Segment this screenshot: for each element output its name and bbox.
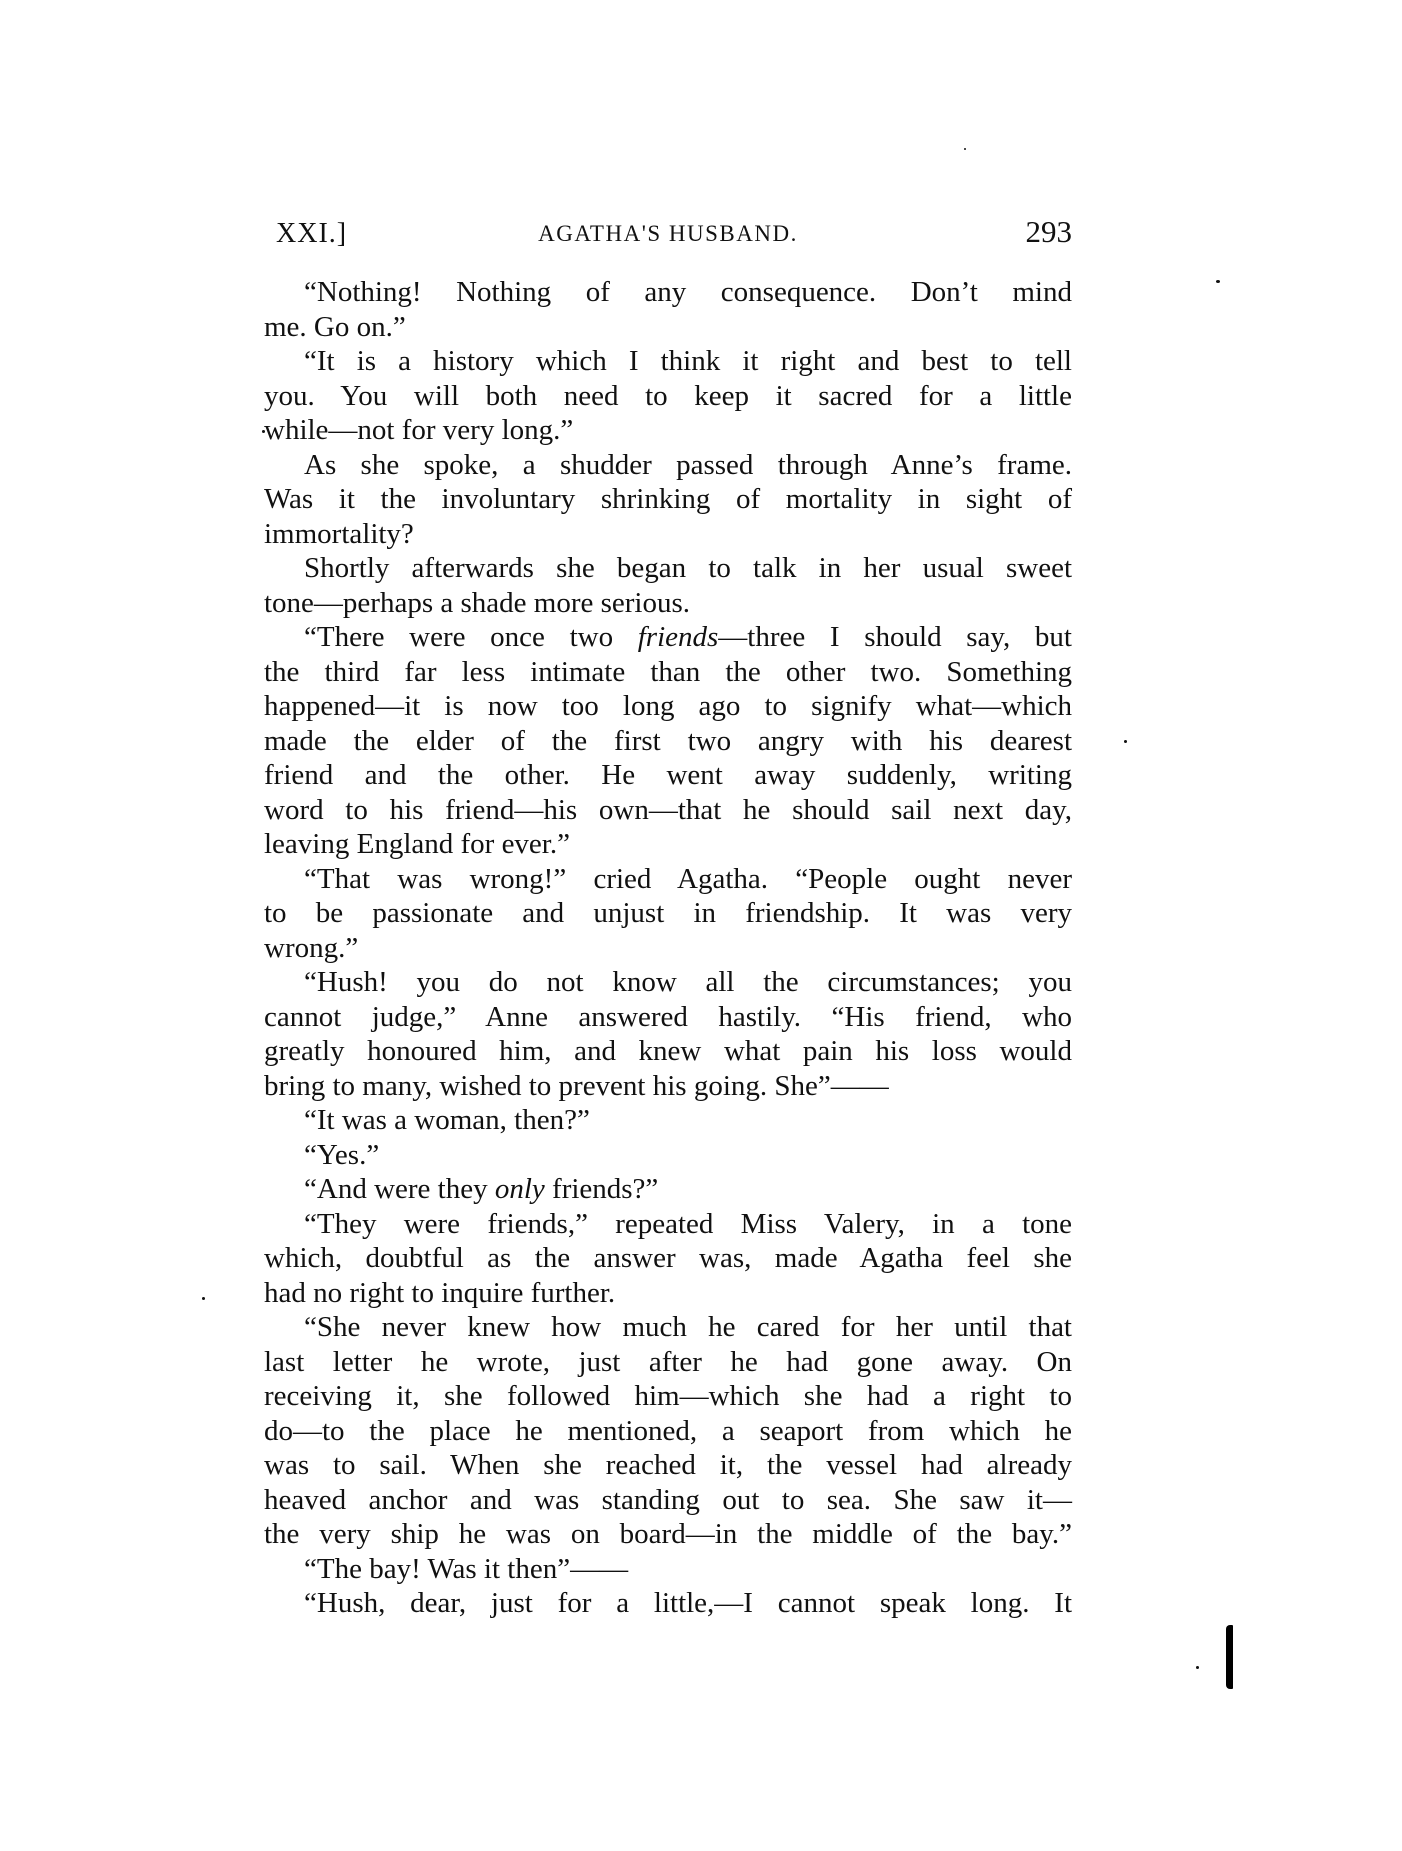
text-line: “And were they only friends?”	[264, 1172, 1072, 1207]
text-line: tone—perhaps a shade more serious.	[264, 586, 1072, 621]
text-line: “They were friends,” repeated Miss Valer…	[264, 1207, 1072, 1242]
text-line: greatly honoured him, and knew what pain…	[264, 1034, 1072, 1069]
text-line: “Hush! you do not know all the circumsta…	[264, 965, 1072, 1000]
text-line: “That was wrong!” cried Agatha. “People …	[264, 862, 1072, 897]
text-line: “There were once two friends—three I sho…	[264, 620, 1072, 655]
scan-margin-mark	[1226, 1625, 1233, 1689]
scan-speck	[202, 1297, 205, 1300]
text-line: you. You will both need to keep it sacre…	[264, 379, 1072, 414]
text-line: immortality?	[264, 517, 1072, 552]
text-line: “She never knew how much he cared for he…	[264, 1310, 1072, 1345]
book-title: AGATHA'S HUSBAND.	[264, 214, 1072, 254]
text-line: As she spoke, a shudder passed through A…	[264, 448, 1072, 483]
text-line: do—to the place he mentioned, a seaport …	[264, 1414, 1072, 1449]
text-line: word to his friend—his own—that he shoul…	[264, 793, 1072, 828]
scan-speck	[262, 430, 265, 433]
page-number: 293	[1026, 212, 1073, 252]
text-line: to be passionate and unjust in friendshi…	[264, 896, 1072, 931]
text-line: Shortly afterwards she began to talk in …	[264, 551, 1072, 586]
book-page: XXI.] AGATHA'S HUSBAND. 293 “Nothing! No…	[0, 0, 1402, 1851]
scan-speck	[1196, 1666, 1199, 1669]
text-line: while—not for very long.”	[264, 413, 1072, 448]
text-line: Was it the involuntary shrinking of mort…	[264, 482, 1072, 517]
text-line: “Hush, dear, just for a little,—I cannot…	[264, 1586, 1072, 1621]
running-head: XXI.] AGATHA'S HUSBAND. 293	[264, 214, 1072, 254]
text-line: “It was a woman, then?”	[264, 1103, 1072, 1138]
text-line: had no right to inquire further.	[264, 1276, 1072, 1311]
text-line: “Nothing! Nothing of any consequence. Do…	[264, 275, 1072, 310]
text-line: “The bay! Was it then”——	[264, 1552, 1072, 1587]
text-line: the very ship he was on board—in the mid…	[264, 1517, 1072, 1552]
scan-speck	[1216, 280, 1220, 283]
text-line: leaving England for ever.”	[264, 827, 1072, 862]
italic-emphasis: only	[495, 1173, 545, 1205]
text-line: “It is a history which I think it right …	[264, 344, 1072, 379]
text-line: bring to many, wished to prevent his goi…	[264, 1069, 1072, 1104]
text-line: wrong.”	[264, 931, 1072, 966]
text-line: happened—it is now too long ago to signi…	[264, 689, 1072, 724]
text-line: me. Go on.”	[264, 310, 1072, 345]
text-line: cannot judge,” Anne answered hastily. “H…	[264, 1000, 1072, 1035]
text-line: which, doubtful as the answer was, made …	[264, 1241, 1072, 1276]
text-line: made the elder of the first two angry wi…	[264, 724, 1072, 759]
scan-speck	[964, 148, 966, 150]
text-line: receiving it, she followed him—which she…	[264, 1379, 1072, 1414]
text-line: friend and the other. He went away sudde…	[264, 758, 1072, 793]
scan-speck	[1124, 740, 1127, 743]
body-text: “Nothing! Nothing of any consequence. Do…	[264, 275, 1072, 1621]
text-line: heaved anchor and was standing out to se…	[264, 1483, 1072, 1518]
italic-emphasis: friends	[638, 621, 719, 653]
text-line: the third far less intimate than the oth…	[264, 655, 1072, 690]
text-line: was to sail. When she reached it, the ve…	[264, 1448, 1072, 1483]
text-line: last letter he wrote, just after he had …	[264, 1345, 1072, 1380]
text-line: “Yes.”	[264, 1138, 1072, 1173]
